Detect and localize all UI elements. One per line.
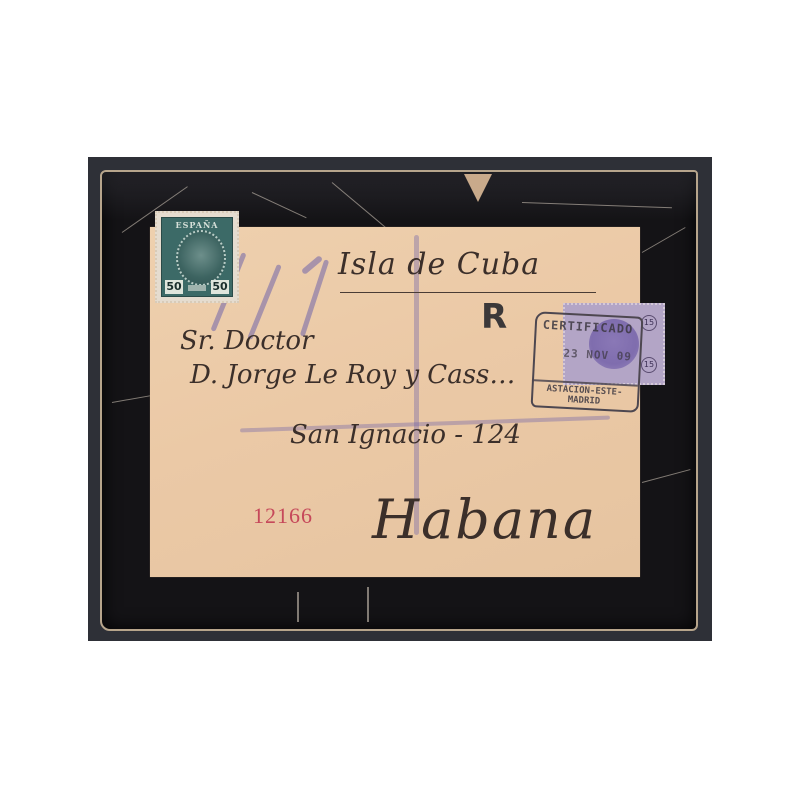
stamp-cents-label (188, 285, 206, 291)
address-line-title: Sr. Doctor (180, 326, 314, 356)
stamp-value-bottom: 15 (641, 357, 657, 373)
stamp-value-left: 50 (165, 280, 183, 294)
address-line-street: San Ignacio - 124 (290, 420, 521, 450)
stamp-country: ESPAÑA (162, 220, 232, 230)
registration-number: 12166 (253, 503, 313, 529)
stamp-value-top: 15 (641, 315, 657, 331)
postmark-bottom-text: ASTACION-ESTE-MADRID (531, 379, 638, 409)
stamp-value-right: 50 (211, 280, 229, 294)
crease (642, 469, 691, 483)
address-underline (340, 292, 596, 293)
crease (642, 227, 686, 253)
paper-tear (464, 174, 492, 202)
registered-mark: R (481, 297, 507, 337)
crease (367, 587, 369, 622)
postmark-cancellation: CERTIFICADO 23 NOV 09 ASTACION-ESTE-MADR… (531, 311, 644, 413)
postmark-date: 23 NOV 09 (563, 347, 632, 364)
postmark-top-text: CERTIFICADO (543, 318, 634, 337)
crease (297, 592, 299, 622)
address-line-country: Isla de Cuba (338, 247, 540, 282)
stamp-espana-50: ESPAÑA 50 50 (155, 211, 239, 303)
stamp-portrait (176, 230, 226, 286)
address-line-name: D. Jorge Le Roy y Cass… (190, 360, 515, 390)
address-line-city: Habana (372, 488, 597, 551)
